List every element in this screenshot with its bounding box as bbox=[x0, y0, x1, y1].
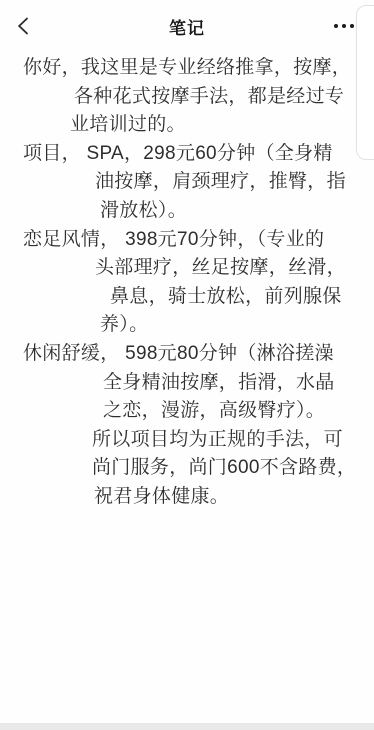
note-line: 鼻息，骑士放松，前列腺保 bbox=[0, 283, 374, 312]
ellipsis-icon bbox=[342, 24, 346, 28]
ellipsis-icon bbox=[334, 24, 338, 28]
note-line: 头部理疗，丝足按摩，丝滑， bbox=[0, 254, 374, 283]
note-line: 全身精油按摩，指滑，水晶 bbox=[0, 369, 374, 398]
note-content: 你好，我这里是专业经络推拿，按摩，各种花式按摩手法，都是经过专业培训过的。项目，… bbox=[0, 54, 374, 512]
note-line: 所以项目均为正规的手法，可 bbox=[0, 426, 374, 455]
note-line: 养）。 bbox=[0, 311, 374, 340]
note-line: 休闲舒缓， 598元80分钟（淋浴搓澡 bbox=[0, 340, 374, 369]
note-line: 尚门服务，尚门600不含路费， bbox=[0, 454, 374, 483]
ellipsis-icon bbox=[350, 24, 354, 28]
notes-screen: 笔记 你好，我这里是专业经络推拿，按摩，各种花式按摩手法，都是经过专业培训过的。… bbox=[0, 0, 374, 730]
bottom-edge-bar bbox=[0, 723, 374, 730]
note-line: 你好，我这里是专业经络推拿，按摩， bbox=[0, 54, 374, 83]
page-title: 笔记 bbox=[0, 14, 374, 39]
note-line: 滑放松）。 bbox=[0, 197, 374, 226]
note-line: 恋足风情， 398元70分钟，（专业的 bbox=[0, 226, 374, 255]
header: 笔记 bbox=[0, 0, 374, 50]
note-line: 业培训过的。 bbox=[0, 111, 374, 140]
right-edge-panel-artifact bbox=[356, 5, 374, 160]
note-line: 油按摩，肩颈理疗，推臀，指 bbox=[0, 168, 374, 197]
note-line: 各种花式按摩手法，都是经过专 bbox=[0, 83, 374, 112]
note-line: 祝君身体健康。 bbox=[0, 483, 374, 512]
note-line: 之恋，漫游，高级臀疗）。 bbox=[0, 397, 374, 426]
note-line: 项目， SPA，298元60分钟（全身精 bbox=[0, 140, 374, 169]
